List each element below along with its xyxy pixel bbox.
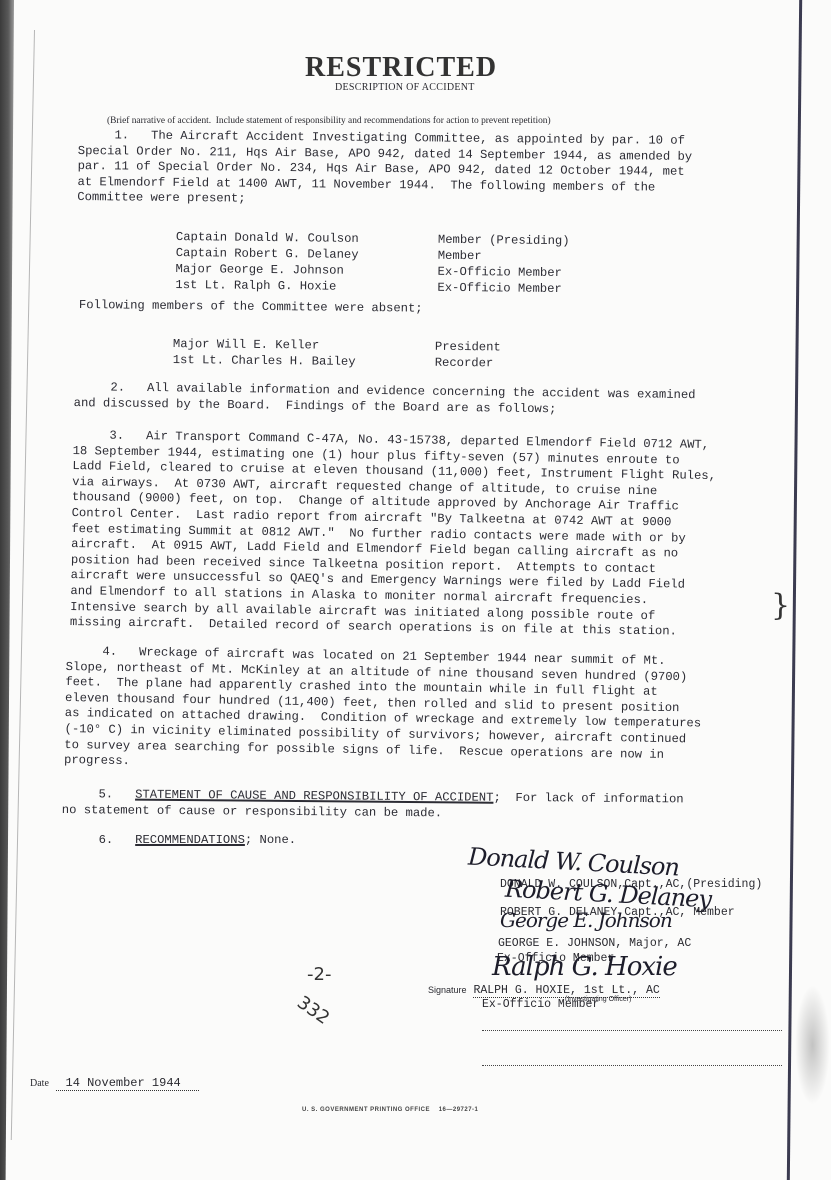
paragraph-4: 4. Wreckage of aircraft was located on 2… (64, 644, 766, 780)
signature-hoxie: Ralph G. Hoxie (492, 952, 677, 982)
text-line: 6. RECOMMENDATIONS; None. (62, 833, 762, 849)
signature-label: Signature (428, 985, 467, 995)
section-number: 6. (99, 833, 114, 847)
classification-stamp: RESTRICTED (305, 52, 497, 84)
member-role: Ex-Officio Member (437, 281, 562, 298)
section-text: ; For lack of information (493, 791, 683, 807)
paragraph-6: 6. RECOMMENDATIONS; None. (62, 833, 762, 849)
member-role: Member (Presiding) (438, 233, 570, 250)
member-name: 1st Lt. Ralph G. Hoxie (175, 278, 437, 297)
scan-smudge (795, 985, 830, 1105)
paragraph-2: 2. All available information and evidenc… (74, 380, 774, 420)
form-code: 16—29727-1 (439, 1107, 479, 1113)
date-field: Date 14 November 1944 (30, 1076, 199, 1090)
date-value: 14 November 1944 (56, 1076, 199, 1091)
member-row: 1st Lt. Charles H. BaileyRecorder (173, 353, 501, 372)
page-number: -2- (307, 964, 331, 985)
date-label: Date (30, 1078, 49, 1089)
paragraph-3: 3. Air Transport Command C-47A, No. 43-1… (70, 428, 773, 642)
signature-johnson: George E. Johnson (500, 908, 672, 932)
paragraph-1: 1. The Aircraft Accident Investigating C… (77, 128, 778, 213)
member-role: President (435, 340, 501, 357)
scan-crease-left (11, 30, 75, 1140)
signature-caption: (Investigating Officer) (565, 996, 631, 1003)
member-row: 1st Lt. Ralph G. HoxieEx-Officio Member (175, 278, 569, 298)
form-title: DESCRIPTION OF ACCIDENT (335, 82, 475, 93)
member-role: Ex-Officio Member (437, 265, 562, 282)
section-number: 5. (98, 787, 113, 801)
member-name: 1st Lt. Charles H. Bailey (173, 353, 435, 372)
section-heading: STATEMENT OF CAUSE AND RESPONSIBILITY OF… (135, 788, 493, 805)
member-role: Recorder (435, 356, 494, 373)
section-heading: RECOMMENDATIONS (135, 833, 245, 847)
scan-edge-left (0, 0, 14, 1180)
typed-name-johnson: GEORGE E. JOHNSON, Major, AC (498, 937, 691, 950)
margin-bracket-mark: } (771, 588, 790, 623)
printer-imprint: U. S. GOVERNMENT PRINTING OFFICE 16—2972… (302, 1107, 478, 1113)
members-present-list: Captain Donald W. CoulsonMember (Presidi… (175, 230, 569, 298)
members-absent-list: Major Will E. KellerPresident 1st Lt. Ch… (173, 337, 501, 372)
member-role: Member (438, 249, 482, 265)
handwritten-file-number: 332 (293, 992, 333, 1029)
section-text: ; None. (245, 833, 296, 847)
printer-name: U. S. GOVERNMENT PRINTING OFFICE (302, 1107, 430, 1113)
blank-signature-line (482, 1065, 782, 1066)
blank-signature-line (482, 1030, 782, 1031)
paragraph-5: 5. STATEMENT OF CAUSE AND RESPONSIBILITY… (62, 787, 762, 824)
form-instructions: (Brief narrative of accident. Include st… (107, 116, 551, 126)
absent-intro: Following members of the Committee were … (79, 298, 423, 317)
